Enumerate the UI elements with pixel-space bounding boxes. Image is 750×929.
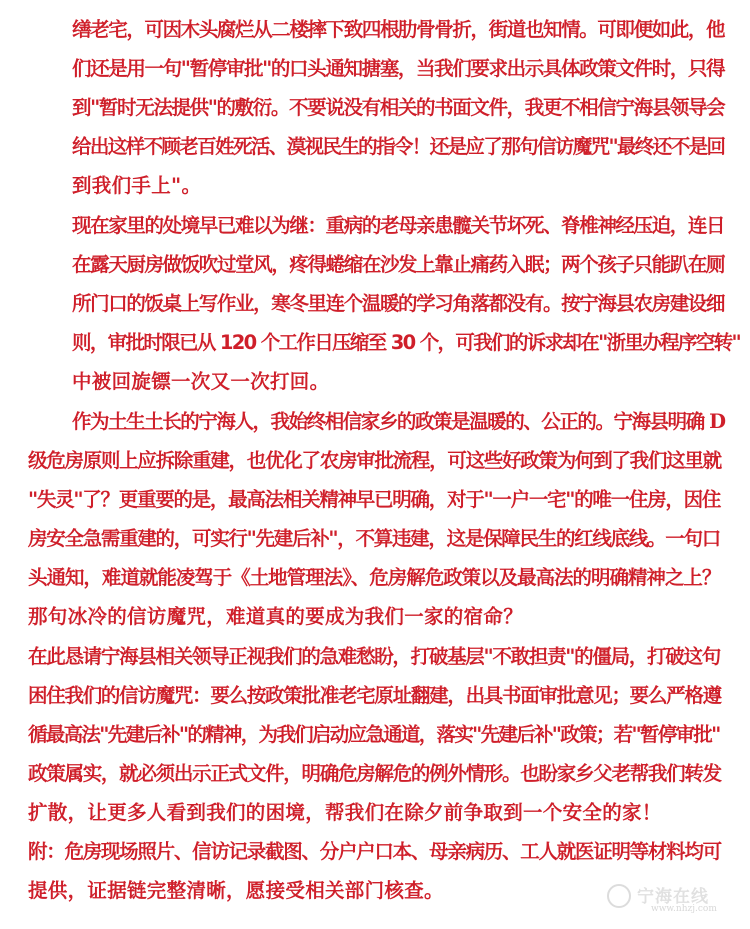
text-line: 附：危房现场照片、信访记录截图、分户户口本、母亲病历、工人就医证明等材料均可: [28, 840, 721, 864]
watermark-url: www.nhzj.com: [651, 904, 717, 914]
text-line: 到"暂时无法提供"的敷衍。不要说没有相关的书面文件，我更不相信宁海县领导会: [72, 96, 724, 120]
text-line: 扩散，让更多人看到我们的困境，帮我们在除夕前争取到一个安全的家！: [28, 801, 662, 825]
text-line: 中被回旋镖一次又一次打回。: [72, 370, 329, 394]
text-line: "失灵"了？更重要的是，最高法相关精神早已明确，对于"一户一宅"的唯一住房，因住: [28, 488, 720, 512]
text-line: 困住我们的信访魔咒：要么按政策批准老宅原址翻建，出具书面审批意见；要么严格遵: [28, 684, 721, 708]
text-line: 头通知，难道就能凌驾于《土地管理法》、危房解危政策以及最高法的明确精神之上？: [28, 566, 720, 590]
site-watermark: 宁海在线 www.nhzj.com: [607, 880, 737, 920]
text-line: 房安全急需重建的，可实行"先建后补"，不算违建，这是保障民生的红线底线。一句口: [28, 527, 720, 551]
text-segment: 则，审批时限已从: [72, 331, 220, 354]
text-line: 提供，证据链完整清晰，愿接受相关部门核查。: [28, 879, 444, 903]
text-line: 所门口的饭桌上写作业，寒冬里连个温暖的学习角落都没有。按宁海县农房建设细: [72, 292, 724, 316]
text-line: 缮老宅，可因木头腐烂从二楼摔下致四根肋骨骨折，街道也知情。可即便如此，他: [72, 18, 724, 42]
document-page: 缮老宅，可因木头腐烂从二楼摔下致四根肋骨骨折，街道也知情。可即便如此，他 们还是…: [0, 0, 750, 929]
text-line: 在露天厨房做饭吹过堂风，疼得蜷缩在沙发上靠止痛药入眠；两个孩子只能趴在厕: [72, 253, 724, 277]
text-line: 现在家里的处境早已难以为继：重病的老母亲患髋关节坏死、脊椎神经压迫，连日: [72, 214, 724, 238]
text-line: 在此恳请宁海县相关领导正视我们的急难愁盼，打破基层"不敢担责"的僵局，打破这句: [28, 645, 720, 669]
text-line: 则，审批时限已从 120 个工作日压缩至 30 个，可我们的诉求却在"浙里办程序…: [72, 331, 740, 355]
text-line: 作为土生土长的宁海人，我始终相信家乡的政策是温暖的、公正的。宁海县明确 D: [72, 410, 725, 434]
text-segment: 个，可我们的诉求却在"浙里办程序空转": [415, 331, 740, 354]
text-line: 级危房原则上应拆除重建，也优化了农房审批流程，可这些好政策为何到了我们这里就: [28, 449, 721, 473]
site-logo-icon: [607, 884, 631, 908]
text-line: 到我们手上"。: [72, 174, 201, 198]
number-120: 120: [220, 331, 256, 354]
text-segment: 个工作日压缩至: [256, 331, 391, 354]
number-30: 30: [391, 331, 415, 354]
text-line: 政策属实，就必须出示正式文件，明确危房解危的例外情形。也盼家乡父老帮我们转发: [28, 762, 721, 786]
text-line: 给出这样不顾老百姓死活、漠视民生的指令！还是应了那句信访魔咒"最终还不是回: [72, 135, 724, 159]
text-line: 们还是用一句"暂停审批"的口头通知搪塞，当我们要求出示具体政策文件时，只得: [72, 57, 724, 81]
text-line: 循最高法"先建后补"的精神，为我们启动应急通道，落实"先建后补"政策；若"暂停审…: [28, 723, 720, 747]
text-line: 那句冰冷的信访魔咒，难道真的要成为我们一家的宿命？: [28, 605, 523, 629]
